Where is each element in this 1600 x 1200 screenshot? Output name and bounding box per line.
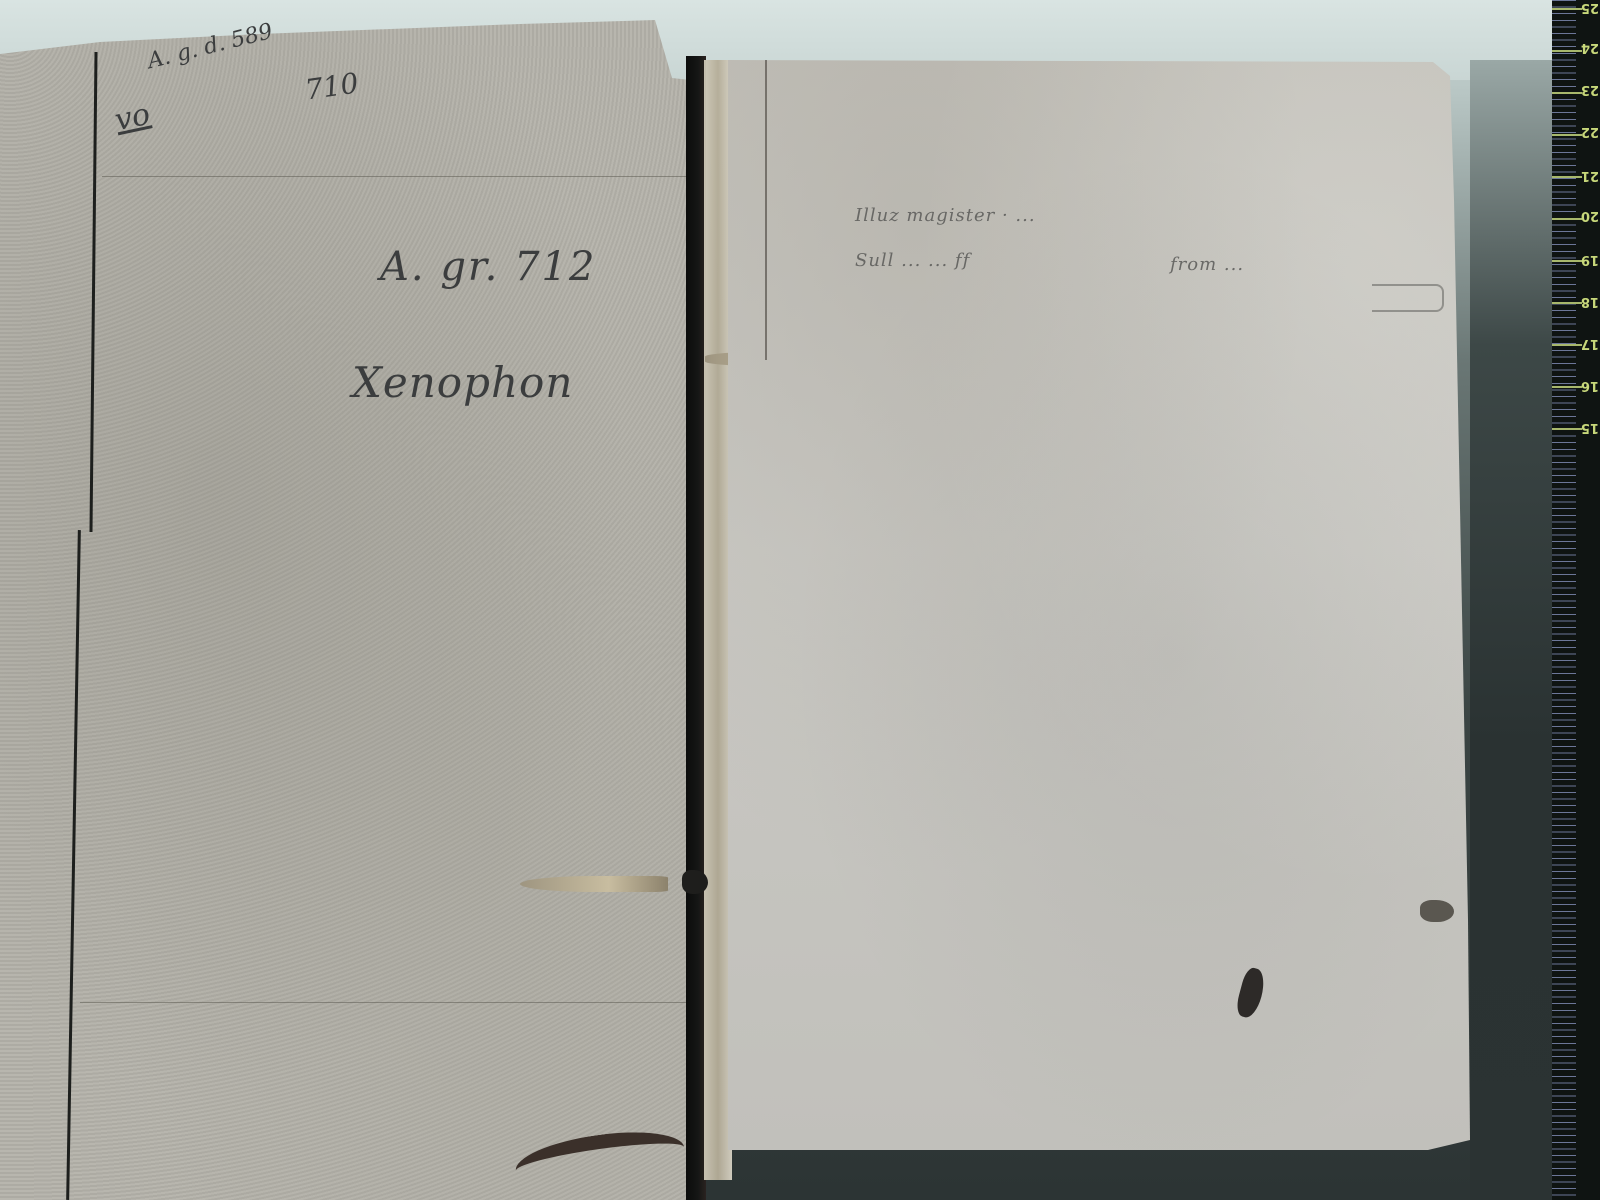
ruler-major-tick [1552,50,1582,52]
faint-inscription-line-2: Sull ... ... ff [855,250,970,271]
ruler-label: 15 [1580,420,1600,434]
hinge-fold [765,60,767,360]
shelfmark: A. gr. 712 [380,244,596,290]
ruler-major-tick [1552,8,1582,10]
ruler-ticks [1552,0,1576,1200]
ruler-label: 16 [1580,378,1600,392]
ruler-major-tick [1552,176,1582,178]
spine-gap [686,56,706,1200]
spine-hole [682,870,708,894]
vo-annotation: vo [112,97,154,139]
pencil-bracket-mark [1372,284,1444,312]
author-title: Xenophon [352,358,573,407]
torn-edge [1420,900,1454,922]
faint-inscription-line-3: from ... [1170,254,1244,275]
fold-line-bottom [80,1002,690,1003]
broken-tie-lower [520,876,668,892]
ruler-label: 18 [1580,294,1600,308]
ruler-major-tick [1552,344,1582,346]
book-shadow [1470,60,1560,1200]
ruler-major-tick [1552,134,1582,136]
ruler-label: 21 [1580,168,1600,182]
ruler-label: 23 [1580,82,1600,96]
book-photograph: 25 24 23 22 21 20 19 18 17 16 15 A. g. d… [0,0,1600,1200]
ruler-label: 25 [1580,0,1600,14]
fold-line-top [102,176,690,177]
ruler-label: 20 [1580,208,1600,222]
ruler-label: 22 [1580,124,1600,138]
faint-inscription-line-1: Illuz magister · ... [855,205,1036,226]
ruler-label: 19 [1580,252,1600,266]
left-cover-board [0,20,700,1200]
ruler-major-tick [1552,260,1582,262]
ruler-major-tick [1552,386,1582,388]
ruler-major-tick [1552,92,1582,94]
measuring-ruler: 25 24 23 22 21 20 19 18 17 16 15 [1552,0,1600,1200]
ruler-major-tick [1552,218,1582,220]
ruler-label: 17 [1580,336,1600,350]
flyleaf-page [728,60,1470,1150]
ruler-major-tick [1552,302,1582,304]
ruler-label: 24 [1580,40,1600,54]
ruler-major-tick [1552,428,1582,430]
spine-lining-strip [704,60,732,1180]
